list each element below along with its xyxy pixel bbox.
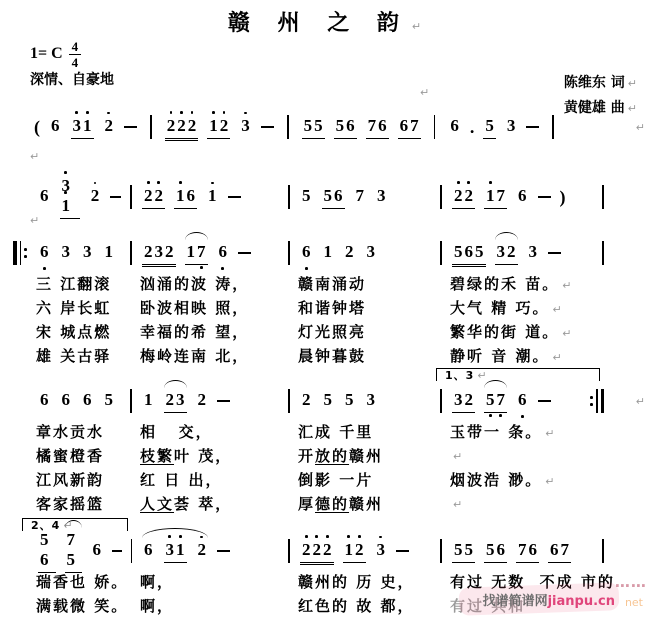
- note-digit: 6: [464, 242, 475, 262]
- barline: [596, 389, 598, 413]
- return-mark: ↵: [30, 214, 39, 227]
- note-digit: 7: [517, 540, 528, 560]
- lyric-segment: 满载微 笑。: [36, 597, 128, 615]
- note-digit: 2: [506, 242, 517, 262]
- lyric-cell: 汹涌的波 涛，: [132, 273, 290, 294]
- symbol: ): [560, 187, 566, 208]
- note: 57: [484, 390, 507, 413]
- return-mark: ↵: [453, 450, 462, 463]
- note: 17: [484, 186, 507, 209]
- slur-wrap: 75: [65, 530, 82, 573]
- return-mark: ↵: [562, 327, 571, 340]
- lyric-cell: 人文荟 萃，: [132, 493, 290, 514]
- score-meta: 1= C 4 4 深情、自豪地 陈维东 词↵ 黄健雄 曲↵: [0, 37, 649, 97]
- lyric-cell: 宋 城点燃: [28, 321, 132, 342]
- lyric-segment: 啊，: [140, 597, 174, 615]
- slur-wrap: 32: [495, 242, 518, 265]
- lyric-cell: ↵: [442, 446, 604, 464]
- barline-thick: [13, 241, 17, 265]
- note-digit: 3: [72, 116, 83, 136]
- note: 56: [38, 530, 56, 573]
- lyric-cell: 梅岭连南 北，: [132, 345, 290, 366]
- note: 16: [174, 186, 197, 209]
- note-digit: 5: [484, 116, 495, 136]
- note-digit: 6: [186, 186, 197, 206]
- note: 2: [196, 540, 209, 562]
- note-digit: 2: [104, 116, 115, 136]
- lyric-cell: 啊，: [132, 595, 290, 616]
- lyrics-row: 六 岸长虹卧波相映 照，和谐钟塔大气 精 巧。↵: [0, 295, 649, 319]
- slur-arc: [495, 232, 518, 240]
- lyric-cell: 雄 关古驿: [28, 345, 132, 366]
- lyric-cell: 开放的赣州: [290, 445, 442, 466]
- lyric-cell: 幸福的希 望，: [132, 321, 290, 342]
- note-digit: 2: [354, 540, 365, 560]
- note-digit: 5: [485, 390, 496, 410]
- lyric-segment: 梅岭连南 北，: [140, 347, 249, 365]
- note-digit: 3: [376, 540, 387, 560]
- dot: [24, 255, 27, 258]
- note: 6: [49, 116, 62, 138]
- note-digit: 2: [164, 242, 175, 262]
- note-digit: 5: [453, 242, 464, 262]
- note-digit: 6: [333, 186, 344, 206]
- note-digit: 3: [453, 390, 464, 410]
- lyric-segment: 汹涌的波 涛，: [140, 275, 249, 293]
- lyric-cell: 满载微 笑。: [28, 595, 132, 616]
- lyric-cell: 赣州的 历 史，: [290, 571, 442, 592]
- return-mark: ↵: [453, 498, 462, 511]
- score-line-5: 2、4↵56756631222212355567667: [0, 533, 649, 569]
- lyric-segment: 倒影 一片: [298, 471, 373, 489]
- lyric-cell: 厚德的赣州: [290, 493, 442, 514]
- lyric-cell: 卧波相映 照，: [132, 297, 290, 318]
- lyric-cell: 烟波浩 渺。↵: [442, 469, 604, 490]
- note-digit: 6: [549, 540, 560, 560]
- note: 22: [452, 186, 475, 209]
- note-digit: 7: [496, 390, 507, 410]
- lyric-segment: 赣南涌动: [298, 275, 366, 293]
- lyric-segment: 相 交，: [140, 423, 213, 441]
- measure: 2、4↵56756: [28, 533, 132, 569]
- lyric-segment: 宋 城点燃: [36, 323, 111, 341]
- lyrics-verses-3: 瑞香也 娇。啊，赣州的 历 史，有过 无数 不成 市的……满载微 笑。啊，红色的…: [0, 569, 649, 617]
- note-digit: 5: [323, 186, 334, 206]
- measure: 6123: [290, 235, 442, 271]
- note-digit: 1: [186, 242, 197, 262]
- lyric-cell: 章水贡水: [28, 421, 132, 442]
- note: 6: [38, 390, 51, 412]
- note: 23: [164, 390, 187, 413]
- note: 3: [365, 390, 378, 412]
- note-digit: 1: [208, 116, 219, 136]
- dash-note: [110, 196, 121, 198]
- return-mark: ↵: [552, 303, 561, 316]
- score-line-2: 6312221615567322176): [0, 179, 649, 215]
- lyric-cell: 汇成 千里: [290, 421, 442, 442]
- slur-wrap: 23: [164, 390, 187, 413]
- return-mark: ↵: [562, 279, 571, 292]
- note: 5: [300, 186, 313, 208]
- meter-denominator: 4: [69, 55, 82, 69]
- note-digit: 7: [355, 186, 366, 206]
- lyric-segment: 江风新韵: [36, 471, 104, 489]
- dash-note: [238, 252, 251, 254]
- note: 6: [142, 540, 155, 562]
- note: 6: [300, 242, 313, 264]
- lyric-segment: 开: [298, 447, 315, 465]
- dot: [24, 248, 27, 251]
- lyric-segment: 章水贡水: [36, 423, 104, 441]
- dash-note: [538, 196, 551, 198]
- lyric-segment: 厚: [298, 495, 315, 513]
- note-digit: 1: [61, 196, 72, 216]
- note: 2: [196, 390, 209, 412]
- note-digit: 2: [143, 242, 154, 262]
- note: 222: [165, 116, 199, 139]
- symbol: (: [34, 117, 40, 138]
- return-mark: ↵: [412, 20, 421, 33]
- lyrics-row: 雄 关古驿梅岭连南 北，晨钟暮鼓静听 音 潮。↵: [0, 343, 649, 367]
- note: 12: [343, 540, 366, 563]
- note-digit: 6: [39, 550, 50, 570]
- note-digit: 2: [301, 540, 312, 560]
- note-digit: 2: [219, 116, 230, 136]
- note-digit: 1: [175, 186, 186, 206]
- note: 76: [516, 540, 539, 563]
- note-digit: 1: [143, 390, 154, 410]
- note-digit: 2: [197, 540, 208, 560]
- lyric-cell: 客家摇篮: [28, 493, 132, 514]
- note: 2: [300, 390, 313, 412]
- note-digit: 5: [301, 186, 312, 206]
- note: 3: [375, 540, 388, 562]
- dash-note: [538, 400, 551, 402]
- return-mark: ↵: [30, 150, 39, 163]
- note-digit: 6: [345, 116, 356, 136]
- sheet-music-page: 赣 州 之 韵↵ 1= C 4 4 深情、自豪地 陈维东 词↵ 黄健雄 曲↵ ↵…: [0, 0, 649, 619]
- lyric-segment: 叶 茂，: [174, 447, 232, 465]
- barline: [20, 241, 22, 265]
- repeat-dots: [590, 396, 593, 405]
- lyric-cell: 赣南涌动: [290, 273, 442, 294]
- note: 1: [142, 390, 155, 412]
- note: 3: [365, 242, 378, 264]
- barline: [287, 115, 289, 139]
- note-digit: 3: [175, 390, 186, 410]
- note: 55: [302, 116, 325, 139]
- time-signature: 4 4: [69, 40, 82, 69]
- barline: [602, 241, 604, 265]
- lyric-segment: 德的: [315, 495, 349, 513]
- dash-note: [526, 126, 539, 128]
- measure: 55567667: [302, 109, 421, 145]
- tempo-mood-text: 深情、自豪地: [30, 69, 649, 89]
- note: 222: [300, 540, 334, 563]
- lyric-cell: 晨钟暮鼓: [290, 345, 442, 366]
- slur-arc: [142, 528, 208, 538]
- barline: [552, 115, 554, 139]
- lyric-segment: ……: [615, 573, 647, 591]
- meter-numerator: 4: [69, 40, 82, 55]
- lyrics-row: 三 江翻滚汹涌的波 涛，赣南涌动碧绿的禾 苗。↵: [0, 271, 649, 295]
- lyricist-line: 陈维东 词↵: [564, 71, 637, 96]
- lyric-cell: ↵: [442, 494, 604, 512]
- lyric-segment: 赣州: [349, 447, 383, 465]
- note-digit: 5: [453, 540, 464, 560]
- lyric-cell: 玉带一 条。↵: [442, 421, 604, 442]
- note-digit: 2: [166, 116, 177, 136]
- note: 6: [516, 390, 529, 412]
- note-digit: 1: [207, 186, 218, 206]
- repeat-dots: [24, 248, 27, 257]
- lyric-segment: 客家摇篮: [36, 495, 104, 513]
- note-digit: 6: [39, 242, 50, 262]
- note: 2: [89, 186, 102, 208]
- note: 56: [322, 186, 345, 209]
- measure: 232176: [132, 235, 290, 271]
- note: 31: [71, 116, 94, 139]
- measure: 222123: [165, 109, 274, 145]
- note: 2: [343, 242, 356, 264]
- lyric-segment: 有过 无数 不成 市的: [450, 573, 615, 591]
- note-digit: 1: [323, 242, 334, 262]
- note: 12: [207, 116, 230, 139]
- measure: 22161: [132, 179, 290, 215]
- note-digit: 5: [323, 390, 334, 410]
- note: 56: [334, 116, 357, 139]
- measure: 22176): [442, 179, 604, 215]
- return-mark: ↵: [545, 475, 554, 488]
- lyrics-row: 瑞香也 娇。啊，赣州的 历 史，有过 无数 不成 市的……: [0, 569, 649, 593]
- lyricist: 陈维东 词: [564, 75, 625, 91]
- note-digit: 3: [82, 242, 93, 262]
- note-digit: 3: [366, 390, 377, 410]
- lyric-segment: 三 江翻滚: [36, 275, 111, 293]
- lyric-segment: 晨钟暮鼓: [298, 347, 366, 365]
- note: 56: [484, 540, 507, 563]
- note-digit: 5: [335, 116, 346, 136]
- lyric-segment: 碧绿的禾 苗。: [450, 275, 559, 293]
- measure: 6312: [132, 533, 290, 569]
- note-digit: 3: [528, 242, 539, 262]
- note-digit: 7: [409, 116, 420, 136]
- note-digit: 2: [453, 186, 464, 206]
- measure: 6.53: [448, 109, 539, 145]
- barline: [602, 185, 604, 209]
- measure: 55567667: [442, 533, 604, 569]
- note: 5: [103, 390, 116, 412]
- return-mark: ↵: [636, 121, 645, 134]
- lyric-segment: 六 岸长虹: [36, 299, 111, 317]
- note: 1: [103, 242, 116, 264]
- measure: 6331: [28, 235, 132, 271]
- note-digit: 5: [464, 540, 475, 560]
- lyrics-verses-2: 章水贡水相 交，汇成 千里玉带一 条。↵橘蜜橙香枝繁叶 茂，开放的赣州↵江风新韵…: [0, 419, 649, 515]
- lyric-cell: 静听 音 潮。↵: [442, 345, 604, 366]
- measure: 1232: [132, 383, 290, 419]
- slur-arc: [164, 380, 187, 388]
- dash-note: [217, 550, 230, 552]
- return-mark: ↵: [636, 395, 645, 408]
- note-digit: 6: [528, 540, 539, 560]
- key-text: 1= C: [30, 45, 63, 63]
- note-digit: 2: [197, 390, 208, 410]
- measure: 2553: [290, 383, 442, 419]
- note-digit: 5: [66, 550, 77, 570]
- lyric-segment: 静听 音 潮。: [450, 347, 549, 365]
- barline-thick: [601, 389, 605, 413]
- note-digit: 1: [82, 116, 93, 136]
- return-mark: ↵: [477, 369, 486, 382]
- lyric-segment: 汇成 千里: [298, 423, 373, 441]
- note-digit: 7: [196, 242, 207, 262]
- dash-note: [217, 400, 230, 402]
- note-digit: 1: [344, 540, 355, 560]
- lyrics-row: 满载微 笑。啊，红色的 故 都，有过 共和: [0, 593, 649, 617]
- note: 32: [495, 242, 518, 265]
- measure: 565323: [442, 235, 604, 271]
- note-digit: 1: [175, 540, 186, 560]
- note: 232: [142, 242, 176, 265]
- lyric-segment: 有过 共和: [450, 597, 525, 615]
- note: 22: [142, 186, 165, 209]
- barline: [150, 115, 152, 139]
- lyric-cell: 碧绿的禾 苗。↵: [442, 273, 604, 294]
- return-mark: ↵: [545, 427, 554, 440]
- note: 6: [38, 186, 51, 208]
- note-digit: 5: [104, 390, 115, 410]
- lyric-segment: 大气 精 巧。: [450, 299, 549, 317]
- lyric-cell: 枝繁叶 茂，: [132, 445, 290, 466]
- lyric-cell: 橘蜜橙香: [28, 445, 132, 466]
- lyric-segment: 雄 关古驿: [36, 347, 111, 365]
- measure: (6312: [34, 109, 137, 145]
- note-digit: 3: [240, 116, 251, 136]
- symbol: .: [470, 117, 475, 138]
- lyric-segment: 赣州的 历 史，: [298, 573, 414, 591]
- lyric-cell: 江风新韵: [28, 469, 132, 490]
- note: 76: [366, 116, 389, 139]
- note: 31: [164, 540, 187, 563]
- note: 5: [343, 390, 356, 412]
- lyric-cell: 有过 无数 不成 市的……: [442, 571, 604, 592]
- open-repeat-sign: [13, 241, 27, 265]
- note: 6: [38, 242, 51, 264]
- barline: [602, 539, 604, 563]
- return-mark: ↵: [628, 77, 637, 90]
- dash-note: [261, 126, 274, 128]
- lyric-cell: 瑞香也 娇。: [28, 571, 132, 592]
- lyric-cell: 灯光照亮: [290, 321, 442, 342]
- dot: [590, 403, 593, 406]
- note-digit: 6: [61, 390, 72, 410]
- note: 32: [452, 390, 475, 413]
- note-digit: 2: [187, 116, 198, 136]
- lyrics-verses-1: 三 江翻滚汹涌的波 涛，赣南涌动碧绿的禾 苗。↵六 岸长虹卧波相映 照，和谐钟塔…: [0, 271, 649, 367]
- slur-wrap: 57: [484, 390, 507, 413]
- note-digit: 2: [464, 186, 475, 206]
- dash-note: [396, 550, 409, 552]
- note-digit: 2: [301, 390, 312, 410]
- note-digit: 6: [82, 390, 93, 410]
- note-digit: 6: [496, 540, 507, 560]
- lyrics-row: 宋 城点燃幸福的希 望，灯光照亮繁华的街 道。↵: [0, 319, 649, 343]
- note: 6: [91, 540, 104, 562]
- note-digit: 1: [104, 242, 115, 262]
- note-digit: 1: [485, 186, 496, 206]
- note-digit: 2: [90, 186, 101, 206]
- note-digit: 3: [366, 242, 377, 262]
- note-digit: 2: [322, 540, 333, 560]
- lyric-segment: 瑞香也 娇。: [36, 573, 128, 591]
- note-digit: 2: [165, 390, 176, 410]
- volta-label: 1、3↵: [445, 370, 487, 381]
- note-digit: 6: [517, 186, 528, 206]
- note: 67: [398, 116, 421, 139]
- note-digit: 3: [496, 242, 507, 262]
- measure: 6665: [28, 383, 132, 419]
- volta-bracket: 1、3↵: [436, 368, 600, 381]
- dash-note: [548, 252, 561, 254]
- note-digit: 6: [301, 242, 312, 262]
- lyric-cell: 相 交，: [132, 421, 290, 442]
- lyric-segment: 红色的 故 都，: [298, 597, 414, 615]
- dot: [590, 396, 593, 399]
- note: 6: [81, 390, 94, 412]
- note-digit: 5: [303, 116, 314, 136]
- measure: 222123: [290, 533, 442, 569]
- note-digit: 6: [39, 186, 50, 206]
- lyric-cell: 六 岸长虹: [28, 297, 132, 318]
- close-repeat-sign: [590, 389, 604, 413]
- measure: 55673: [290, 179, 442, 215]
- note-digit: 5: [344, 390, 355, 410]
- note-digit: 6: [449, 116, 460, 136]
- page-title: 赣 州 之 韵: [228, 11, 409, 36]
- lyric-segment: 烟波浩 渺。: [450, 471, 542, 489]
- lyric-cell: 大气 精 巧。↵: [442, 297, 604, 318]
- lyrics-row: 章水贡水相 交，汇成 千里玉带一 条。↵: [0, 419, 649, 443]
- measure: 1、3↵32576: [442, 383, 604, 419]
- note-digit: 5: [474, 242, 485, 262]
- slur-wrap: 17: [185, 242, 208, 265]
- note: 3: [81, 242, 94, 264]
- note-digit: 3: [61, 242, 72, 262]
- key-signature: 1= C 4 4: [30, 39, 649, 69]
- note-digit: 3: [154, 242, 165, 262]
- note: 7: [354, 186, 367, 208]
- note-digit: 5: [313, 116, 324, 136]
- lyric-cell: 红色的 故 都，: [290, 595, 442, 616]
- note: 67: [548, 540, 571, 563]
- note: 6: [448, 116, 461, 138]
- lyric-segment: 橘蜜橙香: [36, 447, 104, 465]
- note: 6: [60, 390, 73, 412]
- lyric-segment: 赣州: [349, 495, 383, 513]
- note-digit: 6: [377, 116, 388, 136]
- note-digit: 5: [39, 530, 50, 550]
- note-digit: 3: [165, 540, 176, 560]
- lyric-segment: 人文: [140, 495, 174, 513]
- note-digit: 7: [367, 116, 378, 136]
- lyric-segment: 玉带一 条。: [450, 423, 542, 441]
- lyric-segment: 繁华的街 道。: [450, 323, 559, 341]
- lyric-cell: 繁华的街 道。↵: [442, 321, 604, 342]
- lyric-cell: 红 日 出，: [132, 469, 290, 490]
- note-digit: 6: [39, 390, 50, 410]
- dash-note: [124, 126, 137, 128]
